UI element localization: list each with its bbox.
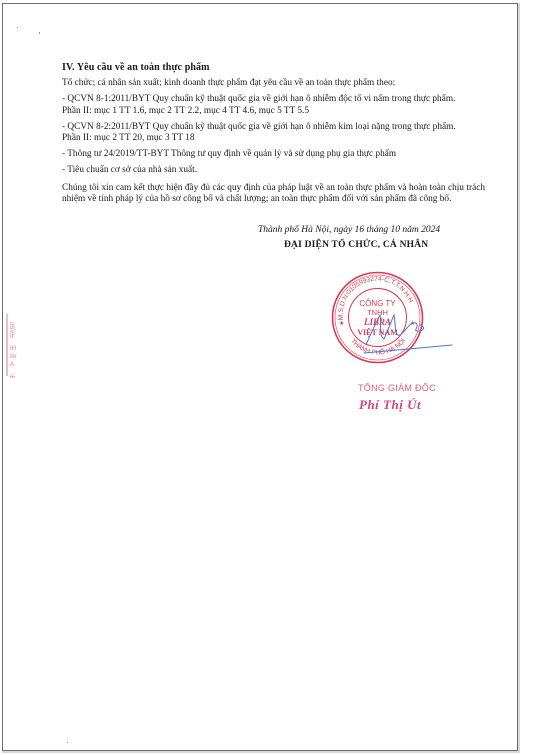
scan-speck	[67, 742, 68, 743]
requirement-line: - Tiêu chuẩn cơ sở của nhà sản xuất.	[62, 165, 492, 176]
section-heading: IV. Yêu cầu về an toàn thực phẩm	[62, 62, 492, 73]
svg-text:\EI\: \EI\	[8, 374, 14, 378]
signatory-title: TỔNG GIÁM ĐỐC	[358, 383, 436, 393]
scan-speck	[39, 32, 40, 34]
representative-heading: ĐẠI DIỆN TỔ CHỨC, CÁ NHÂN	[284, 240, 428, 250]
document-body: IV. Yêu cầu về an toàn thực phẩm Tổ chức…	[62, 62, 492, 205]
scan-speck	[17, 27, 18, 28]
place-date-line: Thành phố Hà Nội, ngày 16 tháng 10 năm 2…	[258, 225, 440, 235]
svg-text:★: ★	[339, 320, 344, 327]
svg-text:ℝ/: ℝ/	[10, 353, 17, 360]
intro-text: Tổ chức; cá nhân sản xuất; kinh doanh th…	[62, 78, 492, 89]
commitment-paragraph: Chúng tôi xin cam kết thực hiện đầy đủ c…	[62, 183, 485, 205]
requirement-line: - QCVN 8-1:2011/BYT Quy chuẩn kỹ thuật q…	[62, 94, 492, 105]
requirement-detail: Phần II: mục 2 TT 20, mục 3 TT 18	[62, 133, 492, 144]
signatory-name: Phí Thị Út	[359, 397, 421, 413]
page-shadow-bottom	[2, 751, 520, 753]
requirement-detail: Phần II: mục 1 TT 1.6, mục 2 TT 2.2, mục…	[62, 106, 492, 117]
requirement-item: - Tiêu chuẩn cơ sở của nhà sản xuất.	[62, 165, 492, 176]
requirement-item: - QCVN 8-2:2011/BYT Quy chuẩn kỹ thuật q…	[62, 122, 492, 144]
requirement-line: - QCVN 8-2:2011/BYT Quy chuẩn kỹ thuật q…	[62, 122, 492, 133]
svg-text:A: A	[10, 362, 14, 368]
requirement-item: - QCVN 8-1:2011/BYT Quy chuẩn kỹ thuật q…	[62, 94, 492, 116]
requirement-line: - Thông tư 24/2019/TT-BYT Thông tư quy đ…	[62, 149, 492, 160]
partial-stamp-mark: /ISV/ ư IH ℝ/ A \EI\	[2, 312, 18, 378]
requirement-item: - Thông tư 24/2019/TT-BYT Thông tư quy đ…	[62, 149, 492, 160]
svg-text:ư: ư	[10, 334, 14, 340]
handwritten-signature	[360, 305, 460, 355]
svg-text:IH: IH	[10, 346, 16, 352]
page-shadow-right	[518, 3, 520, 752]
